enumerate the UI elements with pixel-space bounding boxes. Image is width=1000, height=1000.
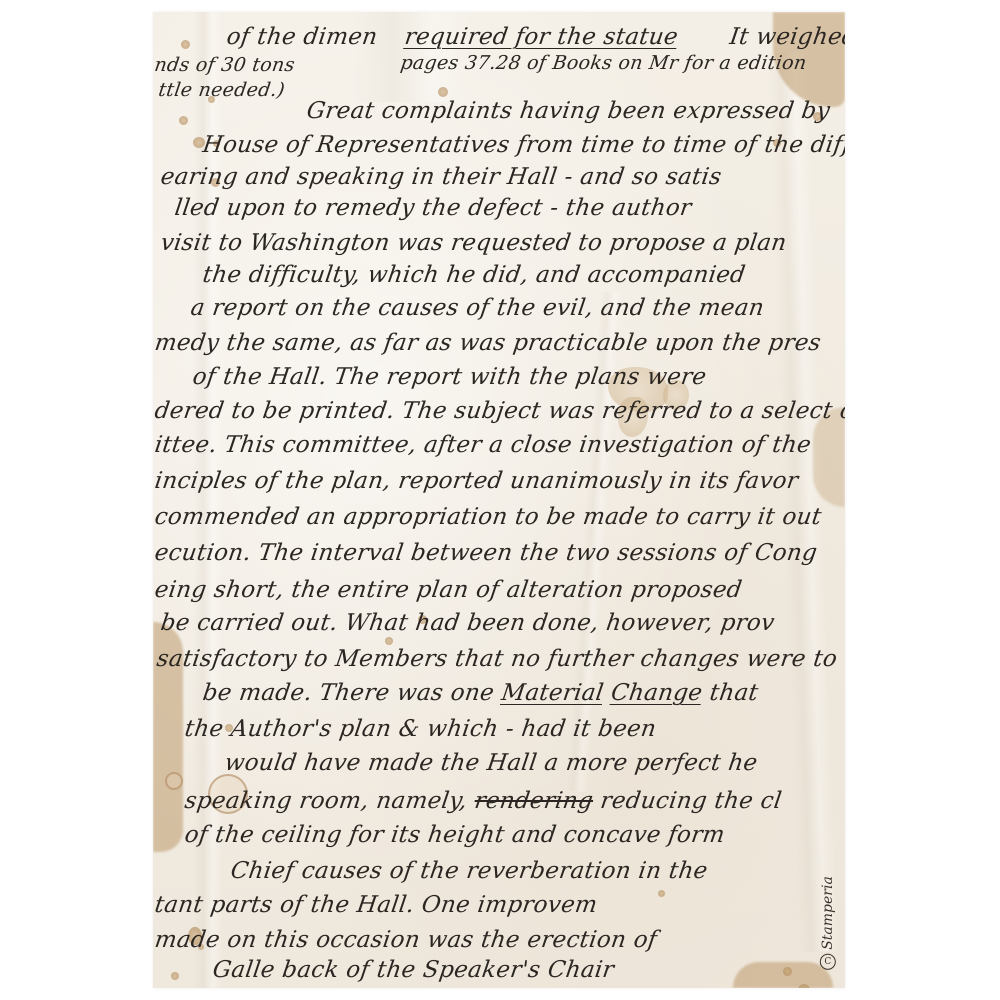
ink-drop [438, 87, 448, 97]
ink-drop [783, 967, 792, 976]
copyright-mark: C Stamperia [818, 865, 838, 980]
text-line: speaking room, namely, rendering reducin… [183, 788, 783, 814]
text-line: Chief causes of the reverberation in the [229, 858, 709, 884]
text-line: Galle back of the Speaker's Chair [211, 957, 616, 983]
header-left: of the dimen [225, 24, 379, 50]
ink-drop [385, 637, 393, 645]
text-line: visit to Washington was requested to pro… [159, 230, 788, 256]
ink-drop [658, 890, 665, 897]
text-line: inciples of the plan, reported unanimous… [153, 468, 800, 494]
text-line: eing short, the entire plan of alteratio… [153, 577, 744, 603]
text-line: House of Representatives from time to ti… [201, 132, 845, 158]
header-right: It weighed [728, 24, 845, 50]
text-line: of the Hall. The report with the plans w… [191, 364, 708, 390]
brand-name: Stamperia [820, 876, 836, 950]
text-line: dered to be printed. The subject was ref… [153, 398, 845, 424]
ink-drop [179, 116, 188, 125]
header-line-2: pages 37.28 of Books on Mr for a edition [399, 52, 808, 74]
text-line: earing and speaking in their Hall - and … [159, 164, 723, 190]
ink-drop [171, 972, 179, 980]
text-line: lled upon to remedy the defect - the aut… [173, 195, 693, 221]
text-line: commended an appropriation to be made to… [153, 504, 823, 530]
text-line: the Author's plan & which - had it been [183, 716, 658, 742]
coffee-ring [165, 772, 183, 790]
text-line: ittee. This committee, after a close inv… [153, 432, 813, 458]
text-line: satisfactory to Members that no further … [155, 646, 839, 672]
text-line: of the ceiling for its height and concav… [183, 822, 727, 848]
text-line: medy the same, as far as was practicable… [153, 330, 823, 356]
text-line: ecution. The interval between the two se… [153, 540, 819, 566]
text-line: the difficulty, which he did, and accomp… [201, 262, 747, 288]
text-line: be made. There was one Material Change t… [201, 680, 760, 706]
text-line: made on this occasion was the erection o… [153, 927, 659, 953]
text-line: tant parts of the Hall. One improvem [153, 892, 599, 918]
margin-note: nds of 30 tons [153, 54, 296, 76]
text-line: would have made the Hall a more perfect … [223, 750, 759, 776]
header-center: required for the statue [403, 24, 680, 50]
copyright-icon: C [820, 953, 836, 969]
ink-drop [181, 40, 190, 49]
text-line: a report on the causes of the evil, and … [189, 295, 766, 321]
manuscript-page: of the dimen required for the statue It … [153, 12, 845, 988]
text-line: be carried out. What had been done, howe… [159, 610, 776, 636]
margin-note: ttle needed.) [157, 79, 286, 101]
text-line: Great complaints having been expressed b… [305, 98, 832, 124]
